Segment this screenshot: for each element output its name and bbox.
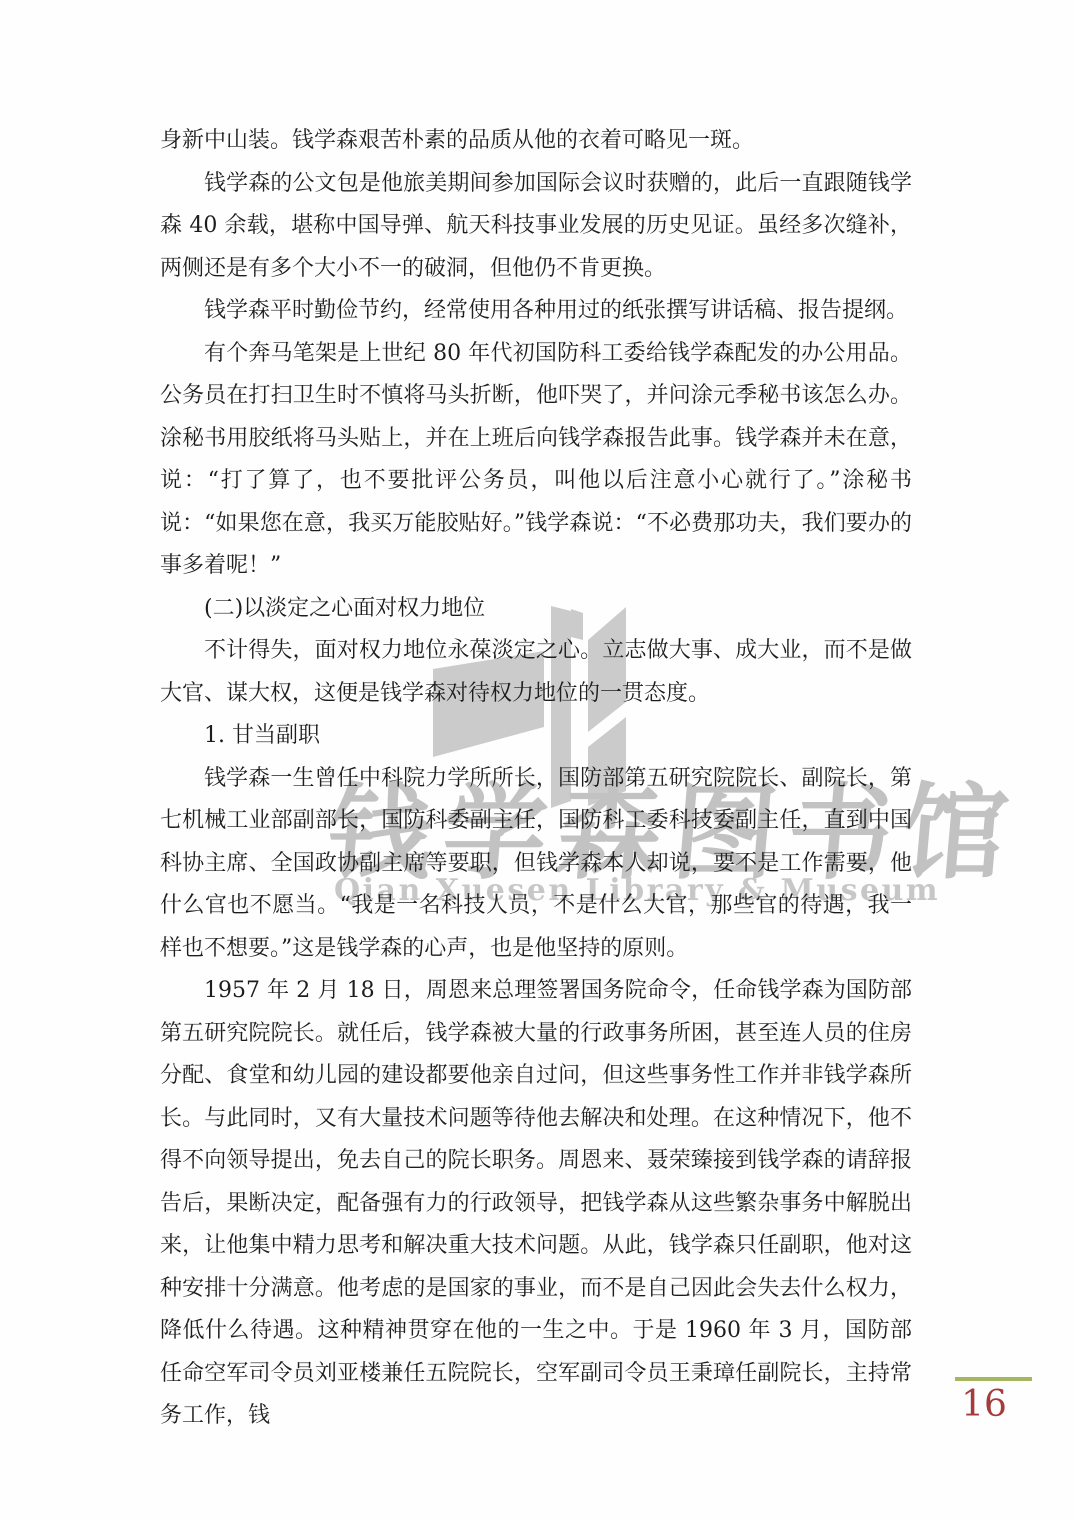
paragraph-attitude: 不计得失，面对权力地位永葆淡定之心。立志做大事、成大业，而不是做大官、谋大权，这… bbox=[160, 630, 912, 715]
paragraph-continuation: 身新中山装。钱学森艰苦朴素的品质从他的衣着可略见一斑。 bbox=[160, 120, 912, 163]
paragraph-penholder-story: 有个奔马笔架是上世纪 80 年代初国防科工委给钱学森配发的办公用品。公务员在打扫… bbox=[160, 333, 912, 588]
paragraph-thrift: 钱学森平时勤俭节约，经常使用各种用过的纸张撰写讲话稿、报告提纲。 bbox=[160, 290, 912, 333]
section-heading: (二)以淡定之心面对权力地位 bbox=[160, 588, 912, 631]
subsection-heading: 1. 甘当副职 bbox=[160, 715, 912, 758]
paragraph-posts: 钱学森一生曾任中科院力学所所长，国防部第五研究院院长、副院长，第七机械工业部副部… bbox=[160, 758, 912, 971]
footer-accent-line bbox=[955, 1377, 1032, 1381]
page-number: 16 bbox=[945, 1385, 1023, 1425]
paragraph-briefcase: 钱学森的公文包是他旅美期间参加国际会议时获赠的，此后一直跟随钱学森 40 余载，… bbox=[160, 163, 912, 291]
document-page: 钱学森图书馆 Qian Xuesen Library & Museum 身新中山… bbox=[0, 0, 1074, 1520]
paragraph-1957-appointment: 1957 年 2 月 18 日，周恩来总理签署国务院命令，任命钱学森为国防部第五… bbox=[160, 970, 912, 1438]
document-body: 身新中山装。钱学森艰苦朴素的品质从他的衣着可略见一斑。 钱学森的公文包是他旅美期… bbox=[160, 120, 912, 1438]
